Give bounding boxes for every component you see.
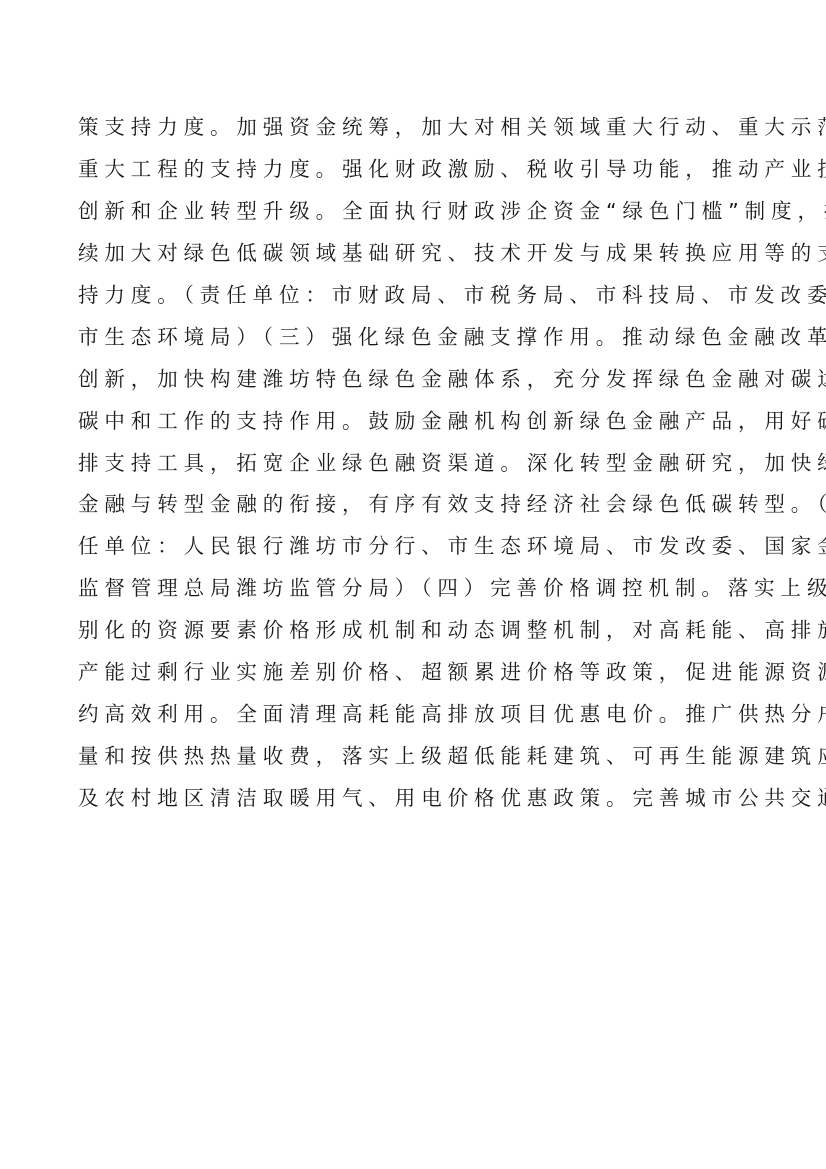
text-line: 及农村地区清洁取暖用气、用电价格优惠政策。完善城市公共交通补 xyxy=(78,777,768,819)
text-line: 持力度。（责任单位：市财政局、市税务局、市科技局、市发改委、 xyxy=(78,274,768,316)
text-line: 任单位：人民银行潍坊市分行、市生态环境局、市发改委、国家金融 xyxy=(78,525,768,567)
document-page: 策支持力度。加强资金统筹，加大对相关领域重大行动、重大示范、 重大工程的支持力度… xyxy=(0,0,826,1169)
text-line: 金融与转型金融的衔接，有序有效支持经济社会绿色低碳转型。（责 xyxy=(78,483,768,525)
text-line: 创新和企业转型升级。全面执行财政涉企资金“绿色门槛”制度，持 xyxy=(78,190,768,232)
text-line: 别化的资源要素价格形成机制和动态调整机制，对高耗能、高排放、 xyxy=(78,609,768,651)
text-line: 产能过剩行业实施差别价格、超额累进价格等政策，促进能源资源集 xyxy=(78,651,768,693)
body-text: 策支持力度。加强资金统筹，加大对相关领域重大行动、重大示范、 重大工程的支持力度… xyxy=(78,106,768,819)
text-line: 量和按供热热量收费，落实上级超低能耗建筑、可再生能源建筑应用 xyxy=(78,735,768,777)
text-line: 创新，加快构建潍坊特色绿色金融体系，充分发挥绿色金融对碳达峰 xyxy=(78,358,768,400)
text-line: 市生态环境局）（三）强化绿色金融支撑作用。推动绿色金融改革 xyxy=(78,316,768,358)
text-line: 重大工程的支持力度。强化财政激励、税收引导功能，推动产业技术 xyxy=(78,148,768,190)
text-line: 约高效利用。全面清理高耗能高排放项目优惠电价。推广供热分户计 xyxy=(78,693,768,735)
text-line: 监督管理总局潍坊监管分局）（四）完善价格调控机制。落实上级差 xyxy=(78,567,768,609)
text-line: 策支持力度。加强资金统筹，加大对相关领域重大行动、重大示范、 xyxy=(78,106,768,148)
text-line: 续加大对绿色低碳领域基础研究、技术开发与成果转换应用等的支 xyxy=(78,232,768,274)
text-line: 碳中和工作的支持作用。鼓励金融机构创新绿色金融产品，用好碳减 xyxy=(78,400,768,442)
text-line: 排支持工具，拓宽企业绿色融资渠道。深化转型金融研究，加快绿色 xyxy=(78,442,768,484)
